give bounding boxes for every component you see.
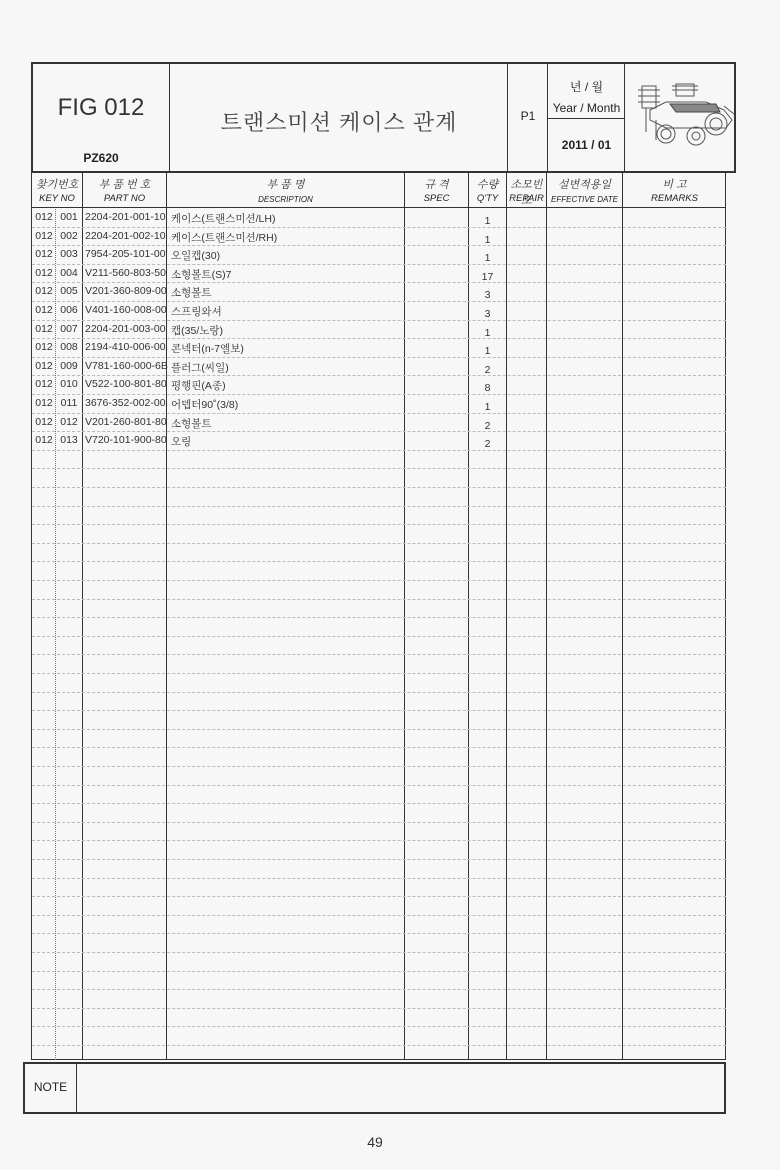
- year-month-label-en: Year / Month: [549, 101, 624, 115]
- model-name: PZ620: [33, 151, 169, 165]
- quantity: 1: [469, 345, 506, 357]
- key-number: 008: [56, 341, 82, 353]
- quantity: 2: [469, 364, 506, 376]
- divider: [624, 62, 625, 173]
- row-divider: [32, 747, 726, 748]
- part-description: 소형볼트: [171, 416, 401, 431]
- row-divider: [32, 264, 726, 265]
- row-divider: [32, 413, 726, 414]
- part-number: 2194-410-006-00: [85, 341, 167, 353]
- key-number: 013: [56, 434, 82, 446]
- key-number: 004: [56, 267, 82, 279]
- key-number: 010: [56, 378, 82, 390]
- key-number: 006: [56, 304, 82, 316]
- quantity: 1: [469, 401, 506, 413]
- row-divider: [32, 878, 726, 879]
- column-header-en: REPAIR: [507, 193, 546, 204]
- year-month-label-ko: 년 / 월: [549, 78, 624, 95]
- fig-number: 012: [33, 248, 55, 260]
- row-divider: [32, 840, 726, 841]
- fig-number: 012: [33, 416, 55, 428]
- part-number: V781-160-000-6B: [85, 360, 167, 372]
- divider: [622, 172, 623, 1060]
- fig-number: 012: [33, 285, 55, 297]
- quantity: 3: [469, 289, 506, 301]
- divider: [55, 207, 56, 1060]
- quantity: 1: [469, 234, 506, 246]
- part-number: 2204-201-002-10: [85, 230, 167, 242]
- divider: [547, 118, 624, 119]
- row-divider: [32, 785, 726, 786]
- quantity: 2: [469, 420, 506, 432]
- fig-number: 012: [33, 211, 55, 223]
- part-description: 콘넥터(n-7엘보): [171, 341, 401, 356]
- column-header-ko: 비 고: [623, 176, 726, 192]
- part-number: 3676-352-002-00: [85, 397, 167, 409]
- divider: [169, 62, 170, 173]
- divider: [404, 172, 405, 1060]
- part-description: 케이스(트랜스미션/LH): [171, 211, 401, 226]
- part-number: V401-160-008-00: [85, 304, 167, 316]
- column-header-ko: 부 품 번 호: [83, 176, 166, 192]
- row-divider: [32, 580, 726, 581]
- column-header-ko: 규 격: [405, 176, 468, 192]
- divider: [82, 172, 83, 1060]
- row-divider: [32, 245, 726, 246]
- row-divider: [32, 450, 726, 451]
- row-divider: [32, 1045, 726, 1046]
- part-number: V720-101-900-80: [85, 434, 167, 446]
- row-divider: [32, 636, 726, 637]
- row-divider: [32, 859, 726, 860]
- row-divider: [32, 561, 726, 562]
- part-description: 어뎁터90˚(3/8): [171, 397, 401, 412]
- row-divider: [32, 338, 726, 339]
- row-divider: [32, 673, 726, 674]
- row-divider: [32, 971, 726, 972]
- row-divider: [32, 692, 726, 693]
- column-header-en: EFFECTIVE DATE: [547, 195, 622, 204]
- row-divider: [32, 729, 726, 730]
- row-divider: [32, 896, 726, 897]
- row-divider: [32, 915, 726, 916]
- row-divider: [32, 933, 726, 934]
- row-divider: [32, 320, 726, 321]
- quantity: 1: [469, 252, 506, 264]
- row-divider: [32, 1008, 726, 1009]
- part-description: 스프링와셔: [171, 304, 401, 319]
- fig-number: 012: [33, 341, 55, 353]
- key-number: 011: [56, 397, 82, 409]
- row-divider: [32, 394, 726, 395]
- row-divider: [32, 227, 726, 228]
- row-divider: [32, 989, 726, 990]
- divider: [468, 172, 469, 1060]
- fig-number: 012: [33, 230, 55, 242]
- column-header-en: REMARKS: [623, 193, 726, 204]
- quantity: 17: [469, 271, 506, 283]
- part-description: 소형볼트(S)7: [171, 267, 401, 282]
- row-divider: [32, 524, 726, 525]
- row-divider: [32, 654, 726, 655]
- column-header-en: KEY NO: [32, 193, 82, 204]
- row-divider: [32, 375, 726, 376]
- key-number: 012: [56, 416, 82, 428]
- part-number: 2204-201-003-00: [85, 323, 167, 335]
- divider: [546, 172, 547, 1060]
- part-description: 오일캡(30): [171, 248, 401, 263]
- column-header-en: Q'TY: [469, 193, 506, 204]
- row-divider: [32, 1026, 726, 1027]
- row-divider: [32, 506, 726, 507]
- fig-number: 012: [33, 397, 55, 409]
- part-number: 2204-201-001-10: [85, 211, 167, 223]
- page-title: 트랜스미션 케이스 관계: [171, 106, 507, 137]
- row-divider: [32, 282, 726, 283]
- part-number: V201-260-801-80: [85, 416, 167, 428]
- figure-number: FIG 012: [33, 94, 169, 122]
- page-code: P1: [509, 109, 547, 123]
- column-header-ko: 찾기번호: [32, 176, 82, 192]
- column-header-en: DESCRIPTION: [167, 195, 404, 204]
- fig-number: 012: [33, 304, 55, 316]
- row-divider: [32, 431, 726, 432]
- column-header-ko: 부 품 명: [167, 176, 404, 192]
- row-divider: [32, 468, 726, 469]
- row-divider: [32, 822, 726, 823]
- year-month-value: 2011 / 01: [549, 138, 624, 152]
- key-number: 001: [56, 211, 82, 223]
- fig-number: 012: [33, 378, 55, 390]
- row-divider: [32, 952, 726, 953]
- quantity: 1: [469, 215, 506, 227]
- part-number: V211-560-803-50: [85, 267, 167, 279]
- row-divider: [32, 599, 726, 600]
- row-divider: [32, 766, 726, 767]
- row-divider: [32, 357, 726, 358]
- part-description: 오링: [171, 434, 401, 449]
- fig-number: 012: [33, 267, 55, 279]
- part-description: 캡(35/노랑): [171, 323, 401, 338]
- fig-number: 012: [33, 434, 55, 446]
- key-number: 005: [56, 285, 82, 297]
- quantity: 8: [469, 382, 506, 394]
- page-number: 49: [340, 1134, 410, 1150]
- part-number: V201-360-809-00: [85, 285, 167, 297]
- row-divider: [32, 543, 726, 544]
- column-header-ko: 설변적용일: [547, 176, 622, 192]
- quantity: 1: [469, 327, 506, 339]
- key-number: 007: [56, 323, 82, 335]
- divider: [506, 172, 507, 1060]
- fig-number: 012: [33, 360, 55, 372]
- row-divider: [32, 301, 726, 302]
- part-number: 7954-205-101-00: [85, 248, 167, 260]
- key-number: 002: [56, 230, 82, 242]
- part-description: 케이스(트랜스미션/RH): [171, 230, 401, 245]
- quantity: 2: [469, 438, 506, 450]
- part-description: 소형볼트: [171, 285, 401, 300]
- key-number: 009: [56, 360, 82, 372]
- part-description: 플러그(씨일): [171, 360, 401, 375]
- quantity: 3: [469, 308, 506, 320]
- note-label: NOTE: [25, 1080, 76, 1094]
- divider: [76, 1062, 77, 1114]
- row-divider: [32, 487, 726, 488]
- column-header-en: SPEC: [405, 193, 468, 204]
- row-divider: [32, 617, 726, 618]
- row-divider: [32, 710, 726, 711]
- column-header-en: PART NO: [83, 193, 166, 204]
- column-header-ko: 수량: [469, 176, 506, 192]
- part-number: V522-100-801-80: [85, 378, 167, 390]
- divider: [507, 62, 508, 173]
- note-block: [23, 1062, 726, 1114]
- row-divider: [32, 803, 726, 804]
- fig-number: 012: [33, 323, 55, 335]
- divider: [31, 207, 726, 208]
- rice-transplanter-icon: [636, 80, 736, 152]
- key-number: 003: [56, 248, 82, 260]
- part-description: 평행핀(A종): [171, 378, 401, 393]
